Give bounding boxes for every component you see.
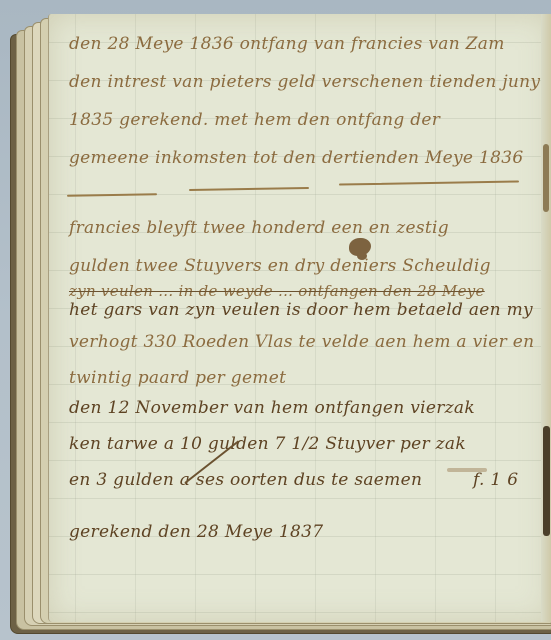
page-right-edge [541,14,551,622]
entry-line: 1835 gerekend. met hem den ontfang der [69,110,440,130]
ink-blot [349,238,371,256]
binding-thread [543,144,549,212]
struck-entry-line: zyn veulen ... in de weyde ... ontfangen… [69,282,485,300]
entry-line: gemeene inkomsten tot den dertienden Mey… [69,148,523,168]
entry-line: den 12 November van hem ontfangen vierza… [69,398,475,418]
amount-total: f. 1 6 [473,470,518,490]
separator-rule [189,187,309,191]
entry-line: het gars van zyn veulen is door hem beta… [69,300,533,320]
binding-thread [543,426,550,536]
entry-line: den intrest van pieters geld verschenen … [69,72,540,92]
ink-smudge [447,468,487,472]
entry-line: twintig paard per gemet [69,368,286,388]
entry-line: en 3 gulden a ses oorten dus te saemen [69,470,422,490]
separator-rule [67,193,157,197]
entry-line: francies bleyft twee honderd een en zest… [69,218,449,238]
entry-line: ken tarwe a 10 gulden 7 1/2 Stuyver per … [69,434,466,454]
entry-line: den 28 Meye 1836 ontfang van francies va… [69,34,505,54]
entry-line: verhogt 330 Roeden Vlas te velde aen hem… [69,332,534,352]
entry-line: gerekend den 28 Meye 1837 [69,522,323,542]
ledger-book: den 28 Meye 1836 ontfang van francies va… [0,0,551,640]
separator-rule [339,180,519,185]
manuscript-page: den 28 Meye 1836 ontfang van francies va… [48,14,551,622]
entry-line: gulden twee Stuyvers en dry deniers Sche… [69,256,491,276]
